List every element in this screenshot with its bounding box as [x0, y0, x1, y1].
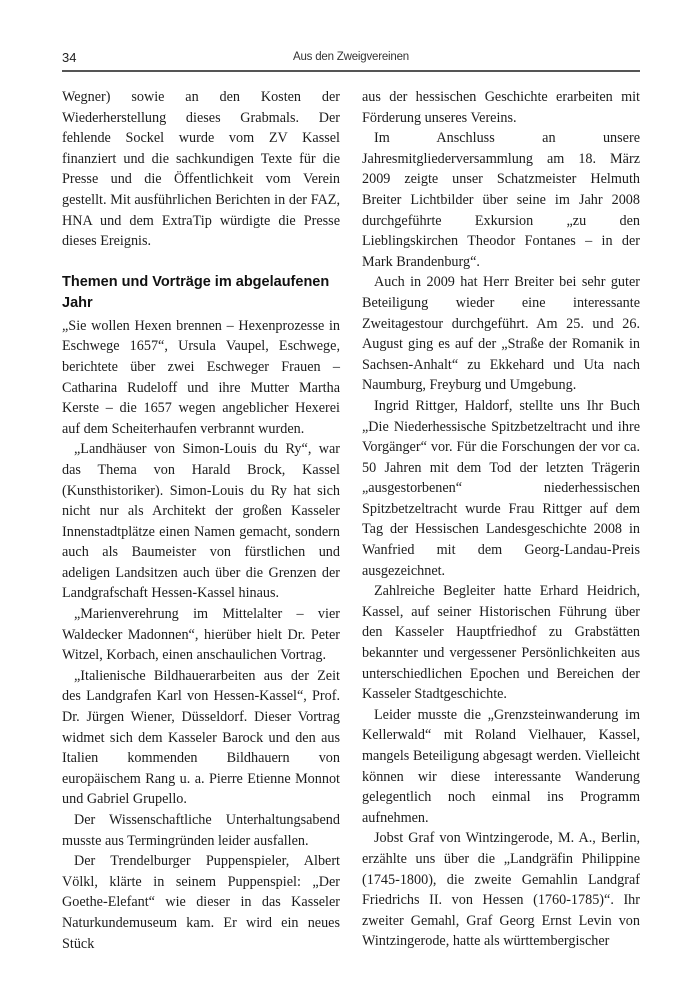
running-title: Aus den Zweigvereinen: [62, 51, 640, 63]
left-column: Wegner) sowie an den Kosten der Wiederhe…: [62, 87, 340, 954]
paragraph: Auch in 2009 hat Herr Breiter bei sehr g…: [362, 272, 640, 396]
page-header: 34 Aus den Zweigvereinen: [62, 50, 640, 72]
right-column: aus der hessischen Geschichte erarbeiten…: [362, 87, 640, 952]
paragraph: Leider musste die „Grenzsteinwanderung i…: [362, 705, 640, 829]
paragraph: „Italienische Bildhauerarbeiten aus der …: [62, 666, 340, 810]
continued-paragraph: aus der hessischen Geschichte erarbeiten…: [362, 87, 640, 128]
paragraph: „Marienverehrung im Mittelalter – vier W…: [62, 604, 340, 666]
paragraph: „Sie wollen Hexen brennen – Hexenprozess…: [62, 316, 340, 440]
paragraph: Im Anschluss an unsere Jahresmitgliederv…: [362, 128, 640, 272]
paragraph: Zahlreiche Begleiter hatte Erhard Heidri…: [362, 581, 640, 705]
section-heading: Themen und Vorträge im abgelaufenen Jahr: [62, 272, 340, 314]
paragraph: „Landhäuser von Simon-Louis du Ry“, war …: [62, 439, 340, 604]
header-divider: [62, 70, 640, 72]
intro-paragraph: Wegner) sowie an den Kosten der Wiederhe…: [62, 87, 340, 252]
paragraph: Der Wissenschaftliche Unterhaltungsabend…: [62, 810, 340, 851]
paragraph: Jobst Graf von Wintzingerode, M. A., Ber…: [362, 828, 640, 952]
paragraph: Ingrid Rittger, Haldorf, stellte uns Ihr…: [362, 396, 640, 581]
paragraph: Der Trendelburger Puppenspieler, Albert …: [62, 851, 340, 954]
